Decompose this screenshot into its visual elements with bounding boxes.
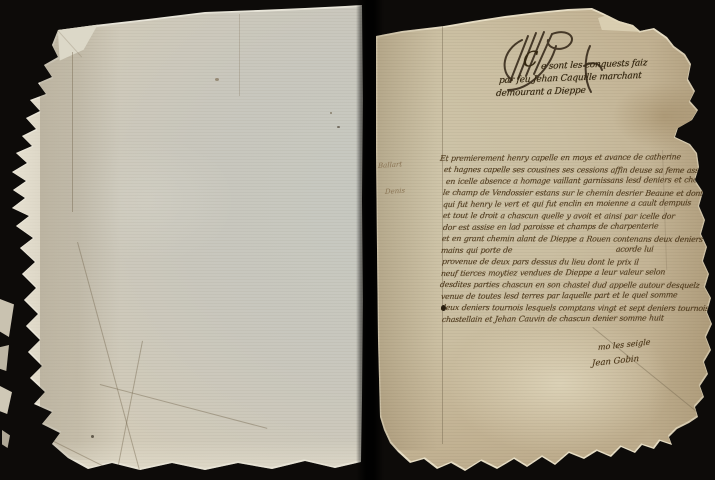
manuscript-line: provenue de deux pars dessus du lieu don…	[442, 257, 640, 267]
manuscript-line: le champ de Vendossier estans sur le che…	[443, 188, 704, 198]
decorated-initial: C	[523, 46, 539, 72]
manuscript-line: deux deniers tournois lesquels comptans …	[441, 303, 710, 313]
torn-paper-fragment	[0, 386, 12, 414]
manuscript-scan: + C e sont les conquests faiz par feu Je…	[0, 0, 715, 480]
ink-blot	[441, 305, 446, 311]
cross-mark: +	[504, 7, 512, 17]
margin-shading	[376, 20, 438, 450]
crease-line	[239, 14, 240, 96]
manuscript-line: venue de toutes lesd terres par laquelle…	[441, 290, 678, 301]
manuscript-line: et en grant chemin alant de Dieppe a Rou…	[442, 234, 704, 244]
margin-note: Denis	[385, 187, 405, 196]
manuscript-line: neuf tierces moytiez vendues de Dieppe a…	[441, 267, 666, 278]
crumpled-edge-shadow	[40, 28, 120, 460]
manuscript-line: et hagnes capelle ses cousines ses cessi…	[444, 165, 715, 175]
manuscript-line: en icelle absence a homage vaillant garn…	[446, 175, 710, 186]
margin-note: Ballart	[378, 160, 402, 170]
stain-spot	[330, 112, 332, 114]
stain-spot	[215, 78, 219, 81]
manuscript-line: Et premierement henry capelle en moys et…	[440, 152, 682, 163]
torn-paper-fragment	[0, 299, 14, 337]
manuscript-line: mains qui porte de acorde lui	[441, 245, 654, 255]
stain-spot	[337, 126, 340, 128]
manuscript-line: desdites parties chascun en son chastel …	[440, 280, 700, 290]
stain-spot	[91, 435, 94, 438]
bottom-fold-highlight	[30, 440, 360, 472]
torn-paper-fragment	[0, 345, 9, 371]
crease-line	[72, 52, 73, 212]
torn-paper-fragment	[2, 430, 10, 448]
manuscript-line: qui fut henry le vert et qui fut enclin …	[443, 198, 692, 209]
manuscript-line: et tout le droit a chascun quelle y avoi…	[443, 211, 676, 221]
manuscript-line: dor est assise en lad paroisse et champs…	[443, 221, 659, 232]
manuscript-line: chastellain et Jehan Cauvin de chascun d…	[442, 313, 665, 324]
